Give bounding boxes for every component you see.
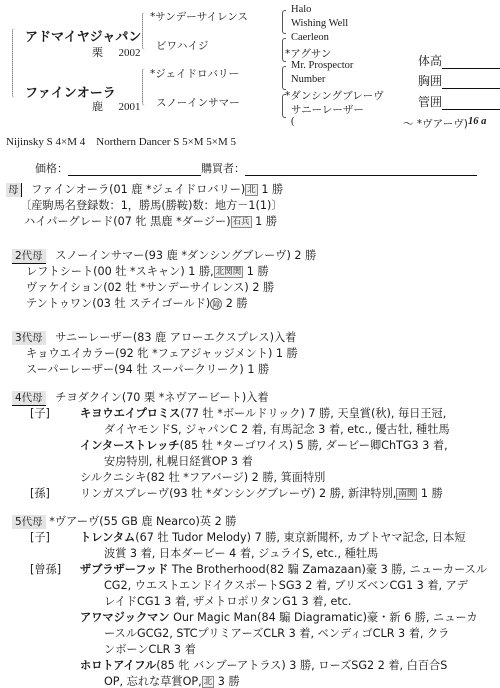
girth-label: 胸囲 xyxy=(418,74,442,88)
sire-sire: *サンデーサイレンス xyxy=(150,9,248,24)
third-dam-entry: サニーレーザー(83 鹿 アローエクスプレス)入着 xyxy=(55,331,296,344)
list-item: ヴァケイション(02 牡 *サンデーサイレンス) 2 勝 xyxy=(26,280,274,296)
horse-name: キヨウエイプロミス xyxy=(80,407,180,420)
list-item: スーパーレーザー(94 牡 スーパークリーク) 1 勝 xyxy=(26,362,269,378)
list-item: インターストレッチ(85 牡 *ターゴワイス) 5 勝, ダービー卿ChTG3 … xyxy=(80,438,448,454)
item-text: (77 牡 *ボールドリック) 7 勝, 天皇賞(秋), 毎日王冠, xyxy=(180,407,446,420)
sale-row: 価格：購買者： xyxy=(35,160,477,176)
fourth-dam-head: 4代母 チヨダクイン(70 栗 *ネヴアービート)入着 xyxy=(12,390,269,406)
gen3-wishing-well: Wishing Well xyxy=(291,18,348,29)
price-label: 価格： xyxy=(35,162,68,175)
price-field[interactable] xyxy=(68,163,201,176)
list-item: トレンタム(67 牡 Tudor Melody) 7 勝, 東京新聞杯, カブト… xyxy=(80,530,466,546)
second-dam-label: 2代母 xyxy=(12,249,46,264)
sire-bracket xyxy=(142,12,146,50)
dam-bracket xyxy=(142,68,146,106)
sire-name: アドマイヤジャパン xyxy=(25,26,141,45)
sire-year: 2002 xyxy=(119,47,141,59)
dam-line-1: 母 ファインオーラ(01 鹿 *ジェイドロバリー)北 1 勝 xyxy=(6,182,283,198)
horse-name: リンガスブレーヴ xyxy=(80,487,169,500)
height-field[interactable] xyxy=(442,56,500,69)
great-grandchildren-label: [曾孫] xyxy=(30,562,61,578)
item-text: ヴァケイション(02 牡 *サンデーサイレンス) 2 勝 xyxy=(26,281,274,294)
gen3-mr-prospector: Mr. Prospector xyxy=(291,60,353,71)
inbreeding-line: Nijinsky S 4×M 4 Northern Dancer S 5×M 5… xyxy=(6,133,236,149)
list-item: ザブラザーフッド The Brotherhood(82 騸 Zamazaan)豪… xyxy=(80,562,487,578)
gen3-caerleon: Caerleon xyxy=(291,32,329,43)
fourth-dam-label: 4代母 xyxy=(12,391,46,406)
item-text: (67 牡 Tudor Melody) 7 勝, 東京新聞杯, カブトヤマ記念,… xyxy=(135,531,465,544)
item-text: テントゥワン(03 牡 ステイゴールド) xyxy=(26,297,210,310)
family-open-paren: ( xyxy=(291,116,295,127)
fifth-dam-label: 5代母 xyxy=(12,515,46,529)
children-label: [子] xyxy=(30,530,50,546)
family-ancestor: ～ *ヴアーヴ) xyxy=(403,116,468,131)
family-line: ( ～ *ヴアーヴ) 16 a xyxy=(291,116,496,127)
gen3-dancing-brave: *ダンシングブレーヴ xyxy=(285,88,384,103)
cannon-row: 管囲 xyxy=(418,93,500,110)
fifth-dam-entry: *ヴアーヴ(55 GB 鹿 Nearco)英 2 勝 xyxy=(49,515,236,528)
item-text: (85 牝 バンブーアトラス) 3 勝, ローズSG2 2 着, 白百合S xyxy=(156,659,447,672)
third-dam-label: 3代母 xyxy=(12,331,46,345)
height-label: 体高 xyxy=(418,54,442,68)
item-text: OP, 忘れな草賞OP, xyxy=(104,675,202,688)
list-item: テントゥワン(03 牡 ステイゴールド)障 2 勝 xyxy=(26,296,248,312)
list-item: アワマジックマン Our Magic Man(84 騸 Diagramatic)… xyxy=(80,610,478,626)
fifth-dam-head: 5代母 *ヴアーヴ(55 GB 鹿 Nearco)英 2 勝 xyxy=(12,514,237,530)
dam-color-year: 鹿 2001 xyxy=(92,98,141,114)
dam-sire: *ジェイドロバリー xyxy=(150,66,239,81)
dam-year: 2001 xyxy=(119,101,141,113)
horse-name: アワマジックマン xyxy=(80,611,170,624)
gen3-bracket-3 xyxy=(282,66,286,90)
fourth-dam-entry: チヨダクイン(70 栗 *ネヴアービート)入着 xyxy=(55,391,268,404)
region-badge: 北関関 xyxy=(214,266,244,278)
horse-name: インターストレッチ xyxy=(80,439,180,452)
horse-name: ザブラザーフッド xyxy=(80,563,168,576)
jump-race-icon: 障 xyxy=(210,298,222,310)
horse-name: ホロトアイフル xyxy=(80,659,156,672)
family-ancestor-name: *ヴアーヴ) xyxy=(417,118,468,130)
win-count: 1 勝 xyxy=(421,487,443,500)
gen3-bracket-1 xyxy=(282,10,286,34)
list-item: キヨウエイプロミス(77 牡 *ボールドリック) 7 勝, 天皇賞(秋), 毎日… xyxy=(80,406,446,422)
gen3-halo: Halo xyxy=(291,4,311,15)
dam-line-2: 〔産駒馬名登録数：1，勝馬(勝鞍)数：地方－1(1)〕 xyxy=(20,198,283,214)
family-tilde: ～ xyxy=(403,118,414,130)
dam-offspring-entry: ハイパーグレード(07 牝 黒鹿 *ダージー) xyxy=(24,215,231,228)
list-item-cont: 波賞 3 着, 日本ダービー 4 着, ジュライS, etc., 種牡馬 xyxy=(104,546,378,562)
list-item-cont: OP, 忘れな草賞OP,北 3 勝 xyxy=(104,674,240,688)
dam-label: 母 xyxy=(6,183,22,197)
sire-dam: ビワハイジ xyxy=(156,38,209,53)
item-text: (93 牡 *ダンシングブレーヴ) 2 勝, 新津特別, xyxy=(169,487,396,500)
list-item-cont: ースルGCG2, STCプリミアーズCLR 3 着, ベンディゴCLR 3 着,… xyxy=(104,626,449,642)
item-text: レフトシート(00 牡 *スキャン) 1 勝, xyxy=(26,265,214,278)
region-badge: 北 xyxy=(202,676,215,688)
grandchildren-label: [孫] xyxy=(30,486,50,502)
gen3-sunny-laser: サニーレーザー xyxy=(291,102,364,117)
second-dam-entry: スノーインサマー(93 鹿 *ダンシングブレーヴ) 2 勝 xyxy=(55,249,316,262)
list-item: シルクニシキ(82 牡 *フアバージ) 2 勝, 箕面特別 xyxy=(80,470,325,486)
girth-field[interactable] xyxy=(442,76,500,89)
family-number: 16 a xyxy=(468,116,486,127)
sire-color-year: 栗 2002 xyxy=(92,44,141,60)
dam-entry: ファインオーラ(01 鹿 *ジェイドロバリー) xyxy=(31,183,245,196)
dam-line-3: ハイパーグレード(07 牝 黒鹿 *ダージー)石兵 1 勝 xyxy=(24,214,277,230)
item-text: (82 牡 *フアバージ) 2 勝, 箕面特別 xyxy=(146,471,325,484)
dam-color: 鹿 xyxy=(92,101,103,113)
horse-name: トレンタム xyxy=(80,531,135,544)
region-badge: 南関 xyxy=(396,488,417,500)
list-item-cont: CG2, ウエストエンドイクスポートSG3 2 着, ブリズベンCG1 3 着,… xyxy=(104,578,468,594)
sire-color: 栗 xyxy=(92,47,103,59)
win-count: 1 勝 xyxy=(261,183,283,196)
height-row: 体高 xyxy=(418,52,500,69)
list-item: ホロトアイフル(85 牝 バンブーアトラス) 3 勝, ローズSG2 2 着, … xyxy=(80,658,447,674)
list-item: キョウエイカラー(92 牝 *フェアジャッジメント) 1 勝 xyxy=(26,346,298,362)
list-item-cont: レイドCG1 3 着, ザメトロポリタンG1 3 着, etc. xyxy=(104,594,351,610)
list-item-cont: ンボーンCLR 3 着 xyxy=(104,642,196,658)
dam-dam: スノーインサマー xyxy=(156,95,240,110)
children-label: [子] xyxy=(30,406,50,422)
buyer-field[interactable] xyxy=(245,163,477,176)
item-text: (85 牡 *ターゴワイス) 5 勝, ダービー卿ChTG3 3 着, xyxy=(180,439,448,452)
horse-name: シルクニシキ xyxy=(80,471,146,484)
gen3-number: Number xyxy=(291,74,325,85)
list-item: リンガスブレーヴ(93 牡 *ダンシングブレーヴ) 2 勝, 新津特別,南関 1… xyxy=(80,486,443,502)
win-count: 3 勝 xyxy=(218,675,240,688)
third-dam-head: 3代母 サニーレーザー(83 鹿 アローエクスプレス)入着 xyxy=(12,330,296,346)
gen3-agsan: *アグサン xyxy=(285,46,331,61)
buyer-label: 購買者： xyxy=(201,162,245,175)
second-dam-head: 2代母 スノーインサマー(93 鹿 *ダンシングブレーヴ) 2 勝 xyxy=(12,248,316,264)
cannon-field[interactable] xyxy=(442,97,500,110)
win-count: 2 勝 xyxy=(226,297,248,310)
outer-bracket xyxy=(12,28,16,98)
list-item-cont: 安房特別, 札幌日経賞OP 3 着 xyxy=(104,454,253,470)
girth-row: 胸囲 xyxy=(418,72,500,89)
list-item: レフトシート(00 牡 *スキャン) 1 勝,北関関 1 勝 xyxy=(26,264,269,280)
win-count: 1 勝 xyxy=(255,215,277,228)
item-text: The Brotherhood(82 騸 Zamazaan)豪 3 勝, ニュー… xyxy=(168,563,487,576)
region-badge: 北 xyxy=(245,184,258,196)
win-count: 1 勝 xyxy=(247,265,269,278)
cannon-label: 管囲 xyxy=(418,95,442,109)
list-item-cont: ダイヤモンドS, ジャパンC 2 着, 有馬記念 3 着, etc., 優古牡,… xyxy=(104,422,450,438)
item-text: Our Magic Man(84 騸 Diagramatic)豪・新 6 勝, … xyxy=(170,611,478,624)
region-badge: 石兵 xyxy=(231,216,252,228)
